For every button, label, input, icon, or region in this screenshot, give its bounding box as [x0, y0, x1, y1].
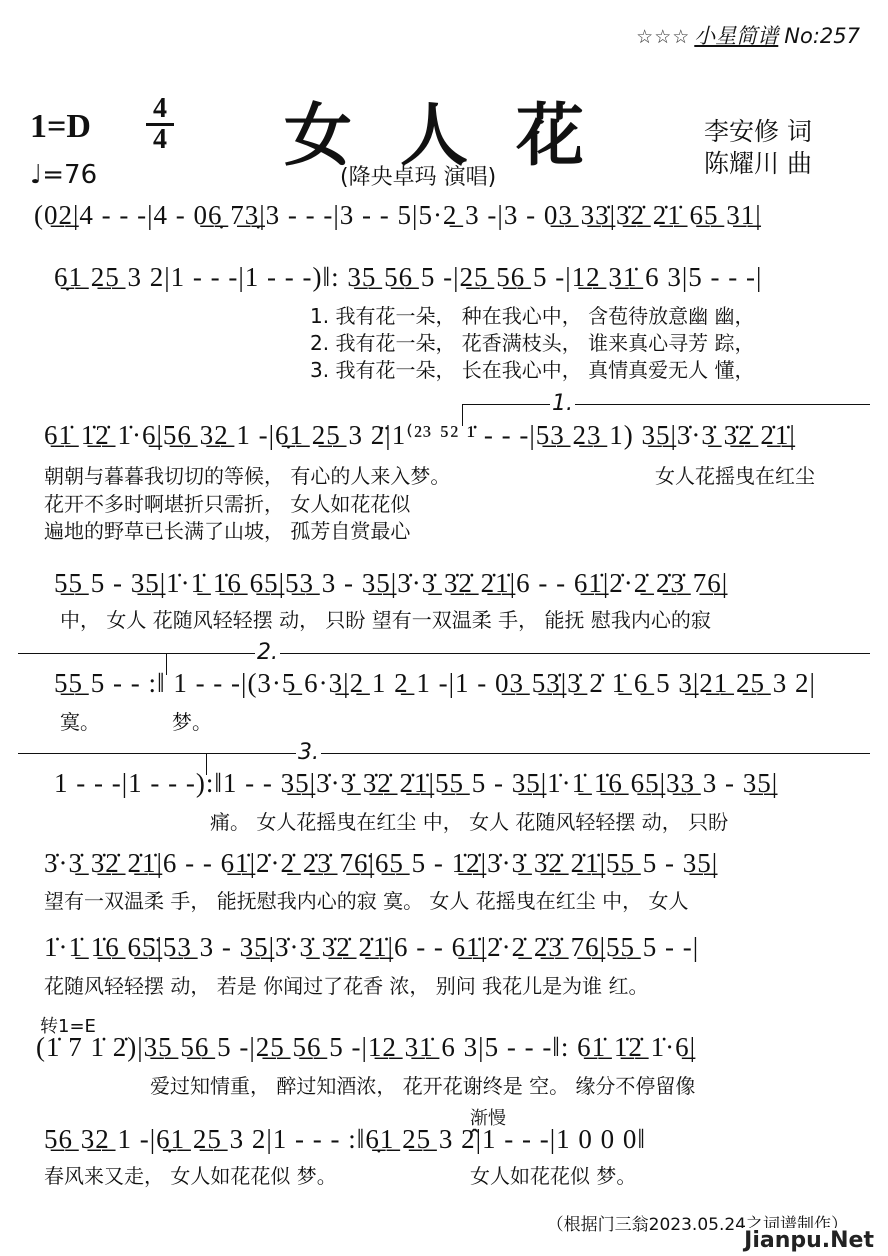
lyricist-credit: 李安修 词 [704, 116, 812, 148]
volta-1-continuation [18, 653, 168, 654]
volta-1-bracket [462, 404, 870, 405]
lyrics-verse-2: 2. 我有花一朵， 花香满枝头， 谁来真心寻芳 踪， [310, 327, 755, 356]
lyrics-line-5b: 梦。 [172, 706, 212, 735]
lyrics-verse-3: 3. 我有花一朵， 长在我心中， 真情真爱无人 懂， [310, 354, 755, 383]
notation-system-8: 1̇·1̲̇ 1̲̇6̲ 6̲5̲̈|5̲3̲ 3 - 3̲5̲|3̇·3̲̇ … [44, 932, 699, 963]
lyrics-line-9: 爱过知情重， 醉过知酒浓， 花开花谢终是 空。 缘分不停留像 [150, 1070, 695, 1099]
notation-system-10: 5̲6̲ 3̲2̲ 1 -|6̣̲1̲ 2̲5̲ 3 2|1 - - - :‖6… [44, 1124, 646, 1155]
notation-system-4: 5̲5̲ 5 - 3̲5̲|1̇·1̲̇ 1̲̇6̲ 6̲5̲|5̲3̲ 3 -… [54, 568, 728, 599]
credits: 李安修 词 陈耀川 曲 [704, 116, 812, 180]
brand-name[interactable]: 小星简谱 [694, 24, 778, 48]
time-signature: 4 4 [146, 96, 174, 153]
notation-system-6: 1 - - -|1 - - -):‖1 - - 3̲5̲|3̇·3̲̇ 3̲̇2… [54, 768, 778, 799]
composer-credit: 陈耀川 曲 [704, 148, 812, 180]
time-sig-top: 4 [153, 93, 167, 124]
volta-3-label: 3. [296, 740, 321, 765]
key-signature: 1=D [30, 108, 91, 146]
lyrics-line-8: 花随风轻轻摆 动， 若是 你闻过了花香 浓， 别问 我花儿是为谁 红。 [44, 970, 649, 999]
volta-2-label: 2. [255, 640, 280, 665]
singer-credit: (降央卓玛 演唱) [340, 160, 496, 191]
lyrics-line-4: 中， 女人 花随风轻轻摆 动， 只盼 望有一双温柔 手， 能抚 慰我内心的寂 [60, 604, 711, 633]
lyrics-chorus-start: 女人花摇曳在红尘 [655, 460, 815, 489]
notation-system-1: (0̲2̲|4 - - -|4 - 0̲6̣̲ 7̲3̣̲|3 - - -|3 … [34, 200, 762, 231]
lyrics-line-3b: 花开不多时啊堪折只需折， 女人如花花似 [44, 488, 410, 517]
rating-stars-icon: ☆☆☆ [636, 26, 690, 48]
volta-2-continuation [18, 753, 206, 754]
lyrics-line-3a: 朝朝与暮暮我切切的等候， 有心的人来入梦。 [44, 460, 450, 489]
lyrics-line-3c: 遍地的野草已长满了山坡， 孤芳自赏最心 [44, 515, 410, 544]
score-number: No:257 [784, 24, 860, 48]
lyrics-line-6: 痛。 女人花摇曳在红尘 中， 女人 花随风轻轻摆 动， 只盼 [210, 806, 728, 835]
notation-system-3: 6̲1̲̇ 1̲̇2̲̇ 1̇·6̲|5̲6̲ 3̲2̲ 1 -|6̣̲1̲ 2… [44, 420, 796, 451]
tempo-marking: ♩=76 [30, 160, 97, 190]
lyrics-line-10b: 女人如花花似 梦。 [470, 1160, 636, 1189]
lyrics-verse-1: 1. 我有花一朵， 种在我心中， 含苞待放意幽 幽， [310, 300, 755, 329]
notation-system-9: (1̇ 7 1̇ 2̇)|3̲5̲ 5̲6̲ 5 -|2̲5̲ 5̲6̲ 5 -… [36, 1032, 696, 1063]
brand-header: ☆☆☆小星简谱No:257 [636, 20, 860, 50]
notation-system-7: 3̇·3̲̇ 3̲̇2̲̇ 2̲̇1̲̇|6 - - 6̲1̲̇|2̇·2̲̇ … [44, 848, 718, 879]
lyrics-line-10a: 春风来又走， 女人如花花似 梦。 [44, 1160, 337, 1189]
notation-system-5: 5̲5̲ 5 - - :‖ 1 - - -|(3·5̲ 6·3̲|2̲ 1 2̲… [54, 668, 816, 699]
lyrics-line-7: 望有一双温柔 手， 能抚慰我内心的寂 寞。 女人 花摇曳在红尘 中， 女人 [44, 885, 689, 914]
volta-1-label: 1. [550, 391, 575, 416]
notation-system-2: 6̣̲1̲ 2̲5̲ 3 2|1 - - -|1 - - -)‖: 3̲5̲ 5… [54, 262, 762, 293]
time-sig-bottom: 4 [153, 124, 167, 155]
lyrics-line-5a: 寞。 [60, 706, 100, 735]
watermark-logo[interactable]: Jianpu.Net [740, 1228, 878, 1253]
